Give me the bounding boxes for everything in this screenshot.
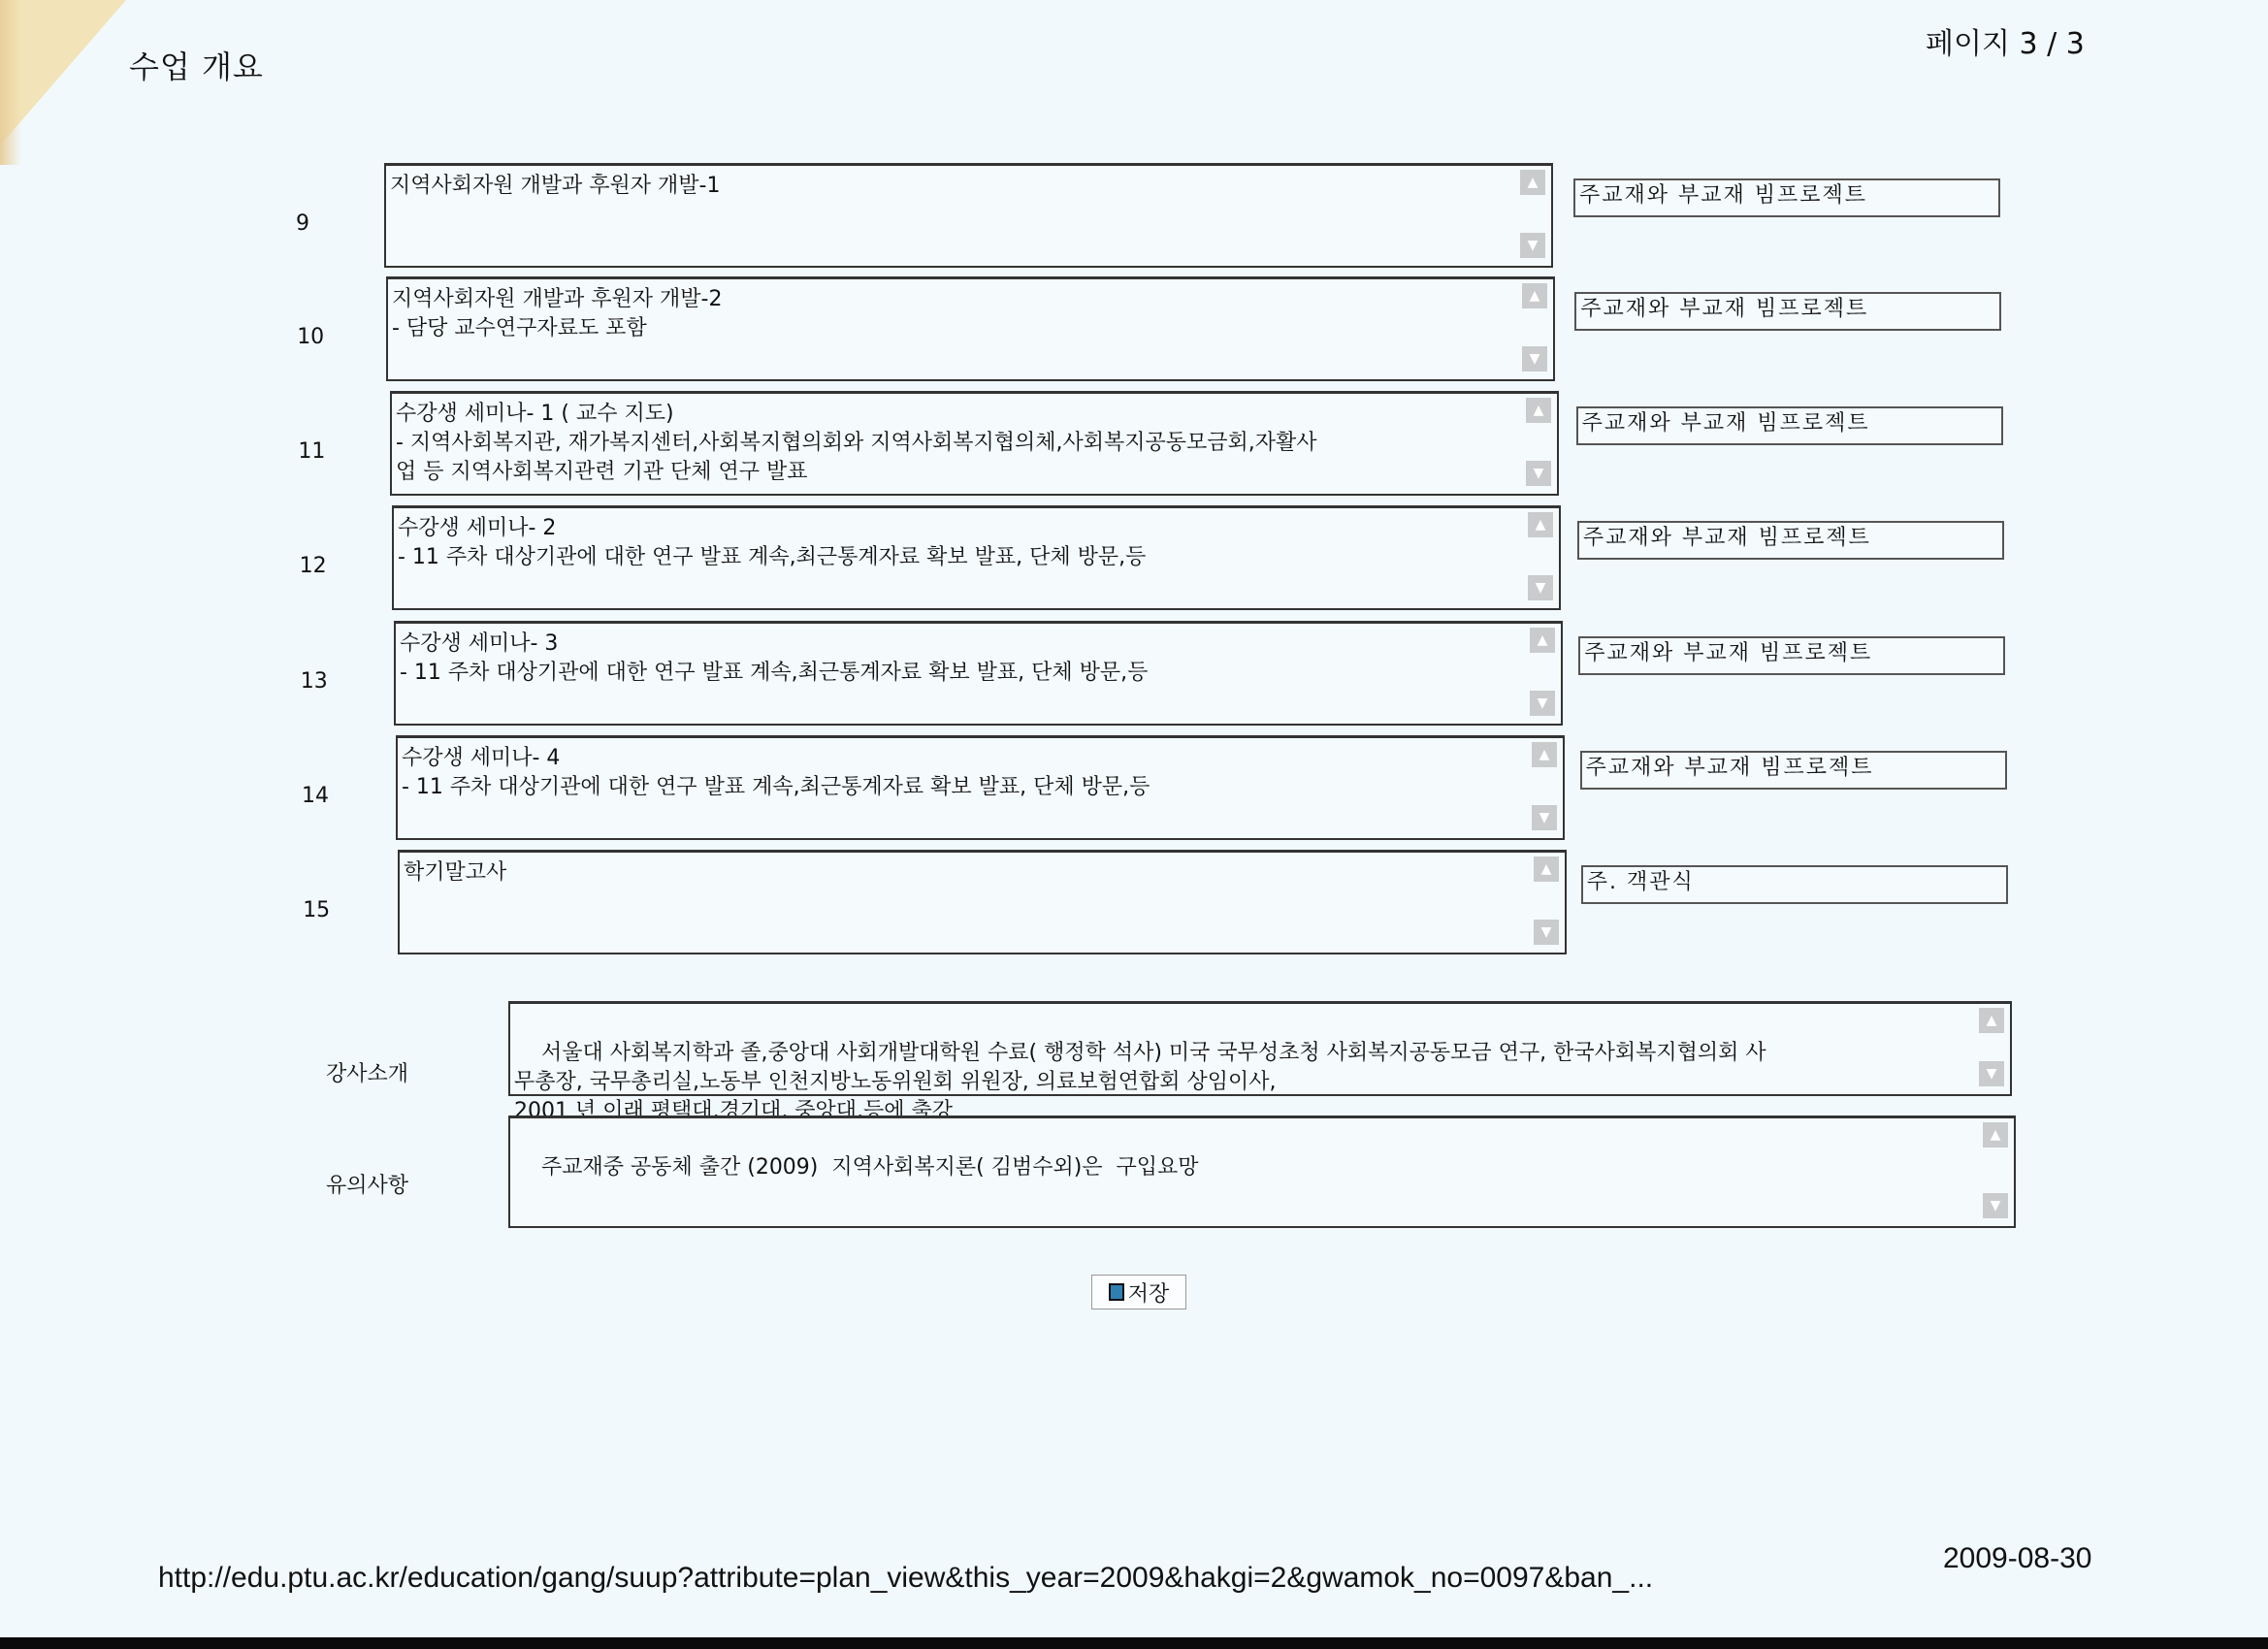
week-number: 12	[300, 554, 358, 578]
scroll-down-icon[interactable]: ▼	[1528, 575, 1553, 600]
week-materials-field[interactable]: 주. 객관식	[1581, 865, 2008, 904]
scroll-up-icon[interactable]: ▲	[1532, 742, 1557, 767]
scroll-down-icon[interactable]: ▼	[1979, 1061, 2004, 1086]
instructor-text: 서울대 사회복지학과 졸,중앙대 사회개발대학원 수료( 행정학 석사) 미국 …	[514, 1041, 1766, 1123]
scroll-down-icon[interactable]: ▼	[1520, 233, 1545, 258]
week-materials-field[interactable]: 주교재와 부교재 빔프로젝트	[1576, 406, 2003, 445]
week-number: 14	[302, 784, 360, 808]
week-content-text: 수강생 세미나- 1 ( 교수 지도) - 지역사회복지관, 재가복지센터,사회…	[396, 402, 1316, 484]
scroll-up-icon[interactable]: ▲	[1526, 398, 1551, 423]
week-content-textarea[interactable]: 수강생 세미나- 4 - 11 주차 대상기관에 대한 연구 발표 계속,최근통…	[396, 735, 1565, 840]
notes-text: 주교재중 공동체 출간 (2009) 지역사회복지론( 김범수외)은 구입요망	[541, 1155, 1199, 1180]
week-content-textarea[interactable]: 지역사회자원 개발과 후원자 개발-1▲▼	[384, 163, 1553, 268]
page-title: 수업 개요	[129, 43, 264, 87]
scroll-down-icon[interactable]: ▼	[1530, 691, 1555, 716]
footer-date: 2009-08-30	[1943, 1542, 2091, 1575]
scroll-up-icon[interactable]: ▲	[1528, 512, 1553, 537]
scroll-down-icon[interactable]: ▼	[1526, 461, 1551, 486]
instructor-textarea[interactable]: 서울대 사회복지학과 졸,중앙대 사회개발대학원 수료( 행정학 석사) 미국 …	[508, 1001, 2012, 1096]
week-content-textarea[interactable]: 학기말고사▲▼	[398, 850, 1567, 954]
week-content-text: 지역사회자원 개발과 후원자 개발-1	[390, 174, 720, 198]
week-number: 9	[296, 211, 354, 236]
page-indicator: 페이지 3 / 3	[1926, 19, 2085, 62]
scroll-down-icon[interactable]: ▼	[1983, 1193, 2008, 1218]
scroll-down-icon[interactable]: ▼	[1532, 805, 1557, 830]
scroll-up-icon[interactable]: ▲	[1530, 628, 1555, 653]
scroll-up-icon[interactable]: ▲	[1520, 170, 1545, 195]
week-content-textarea[interactable]: 수강생 세미나- 2 - 11 주차 대상기관에 대한 연구 발표 계속,최근통…	[392, 505, 1561, 610]
scroll-up-icon[interactable]: ▲	[1534, 857, 1559, 882]
week-number: 15	[303, 898, 361, 922]
week-content-text: 지역사회자원 개발과 후원자 개발-2 - 담당 교수연구자료도 포함	[392, 287, 722, 340]
printed-page: 수업 개요 페이지 3 / 3 9지역사회자원 개발과 후원자 개발-1▲▼주교…	[0, 0, 2268, 1639]
scroll-down-icon[interactable]: ▼	[1522, 346, 1547, 372]
corner-shadow	[0, 0, 21, 165]
notes-label: 유의사항	[326, 1169, 408, 1199]
week-content-text: 수강생 세미나- 2 - 11 주차 대상기관에 대한 연구 발표 계속,최근통…	[398, 516, 1146, 569]
week-number: 11	[298, 439, 356, 464]
scroll-up-icon[interactable]: ▲	[1979, 1008, 2004, 1033]
week-content-text: 수강생 세미나- 3 - 11 주차 대상기관에 대한 연구 발표 계속,최근통…	[400, 631, 1148, 685]
week-materials-field[interactable]: 주교재와 부교재 빔프로젝트	[1574, 292, 2001, 331]
week-materials-field[interactable]: 주교재와 부교재 빔프로젝트	[1580, 751, 2007, 790]
week-content-text: 수강생 세미나- 4 - 11 주차 대상기관에 대한 연구 발표 계속,최근통…	[402, 746, 1150, 799]
instructor-label: 강사소개	[326, 1057, 408, 1087]
save-button-label: 저장	[1128, 1277, 1170, 1308]
week-content-textarea[interactable]: 수강생 세미나- 1 ( 교수 지도) - 지역사회복지관, 재가복지센터,사회…	[390, 391, 1559, 496]
week-number: 13	[301, 669, 359, 694]
week-materials-field[interactable]: 주교재와 부교재 빔프로젝트	[1577, 521, 2004, 560]
footer-url: http://edu.ptu.ac.kr/education/gang/suup…	[158, 1562, 1653, 1595]
notes-textarea[interactable]: 주교재중 공동체 출간 (2009) 지역사회복지론( 김범수외)은 구입요망 …	[508, 1115, 2016, 1228]
scroll-down-icon[interactable]: ▼	[1534, 920, 1559, 945]
week-materials-field[interactable]: 주교재와 부교재 빔프로젝트	[1578, 636, 2005, 675]
save-icon	[1109, 1283, 1124, 1301]
week-content-textarea[interactable]: 수강생 세미나- 3 - 11 주차 대상기관에 대한 연구 발표 계속,최근통…	[394, 621, 1563, 726]
week-number: 10	[297, 325, 355, 349]
save-button[interactable]: 저장	[1091, 1275, 1186, 1309]
week-content-text: 학기말고사	[404, 860, 506, 885]
scroll-up-icon[interactable]: ▲	[1983, 1122, 2008, 1148]
scan-edge	[0, 1637, 2268, 1649]
week-content-textarea[interactable]: 지역사회자원 개발과 후원자 개발-2 - 담당 교수연구자료도 포함▲▼	[386, 276, 1555, 381]
scroll-up-icon[interactable]: ▲	[1522, 283, 1547, 308]
week-materials-field[interactable]: 주교재와 부교재 빔프로젝트	[1573, 178, 2000, 217]
